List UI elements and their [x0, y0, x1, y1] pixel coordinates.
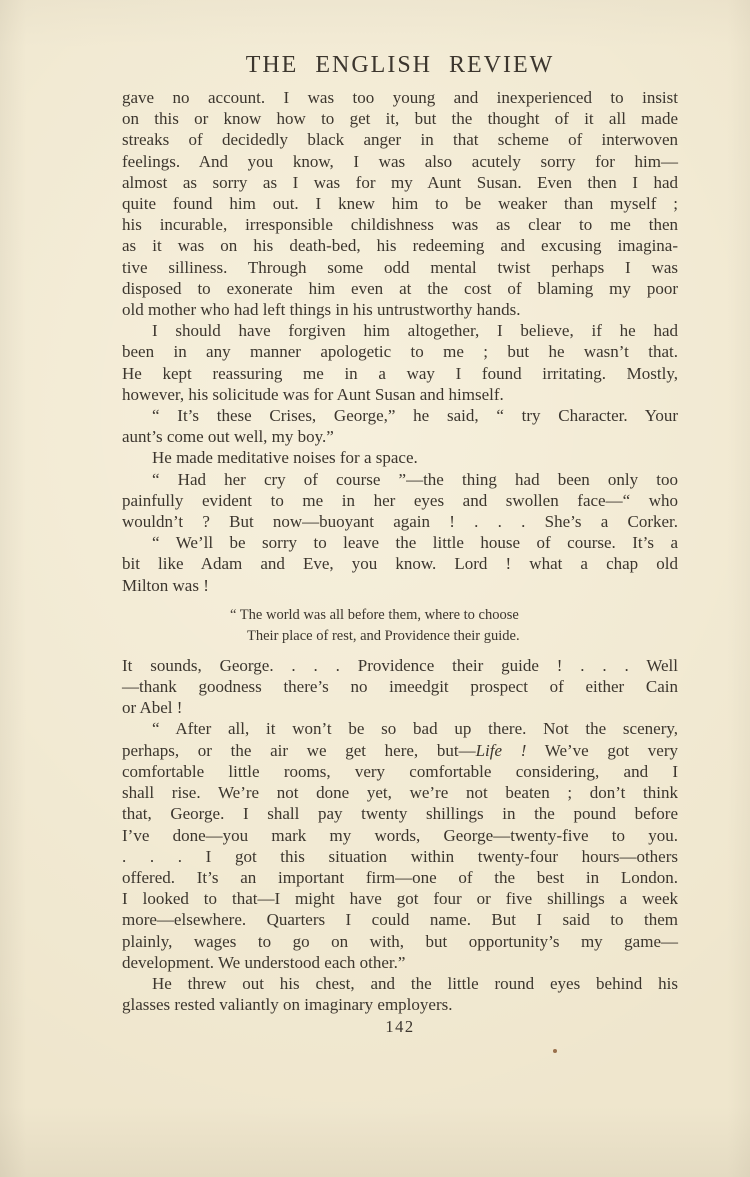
verse-line: Their place of rest, and Providence thei…: [230, 626, 678, 647]
text-line: It sounds, George. . . . Providence thei…: [122, 655, 678, 676]
text-line: offered. It’s an important firm—one of t…: [122, 867, 678, 888]
text-line: glasses rested valiantly on imaginary em…: [122, 994, 678, 1015]
paragraph: “ Had her cry of course ”—the thing had …: [122, 469, 678, 533]
body-text: gave no account. I was too young and ine…: [122, 87, 678, 1015]
text-line: comfortable little rooms, very comfortab…: [122, 761, 678, 782]
text-line: more—elsewhere. Quarters I could name. B…: [122, 909, 678, 930]
text-line: Milton was !: [122, 575, 678, 596]
text-line: He made meditative noises for a space.: [122, 447, 678, 468]
text-line: plainly, wages to go on with, but opport…: [122, 931, 678, 952]
text-line: streaks of decidedly black anger in that…: [122, 129, 678, 150]
ink-speck: [553, 1049, 557, 1053]
text-line: I looked to that—I might have got four o…: [122, 888, 678, 909]
text-line: aunt’s come out well, my boy.”: [122, 426, 678, 447]
verse-quote: “ The world was all before them, where t…: [230, 605, 678, 647]
text-line: old mother who had left things in his un…: [122, 299, 678, 320]
paragraph: “ After all, it won’t be so bad up there…: [122, 718, 678, 972]
text-line: . . . I got this situation within twenty…: [122, 846, 678, 867]
text-line: disposed to exonerate him even at the co…: [122, 278, 678, 299]
text-line: shall rise. We’re not done yet, we’re no…: [122, 782, 678, 803]
text-line: “ Had her cry of course ”—the thing had …: [122, 469, 678, 490]
text-line: He threw out his chest, and the little r…: [122, 973, 678, 994]
text-line: almost as sorry as I was for my Aunt Sus…: [122, 172, 678, 193]
text-line: perhaps, or the air we get here, but—Lif…: [122, 740, 678, 761]
paragraph: It sounds, George. . . . Providence thei…: [122, 655, 678, 719]
paragraph: I should have forgiven him altogether, I…: [122, 320, 678, 405]
scanned-book-page: THE ENGLISH REVIEW gave no account. I wa…: [0, 0, 750, 1177]
text-line: been in any manner apologetic to me ; bu…: [122, 341, 678, 362]
verse-line: “ The world was all before them, where t…: [230, 605, 678, 626]
text-line: or Abel !: [122, 697, 678, 718]
text-line: I should have forgiven him altogether, I…: [122, 320, 678, 341]
text-line: that, George. I shall pay twenty shillin…: [122, 803, 678, 824]
text-line: painfully evident to me in her eyes and …: [122, 490, 678, 511]
text-line: feelings. And you know, I was also acute…: [122, 151, 678, 172]
text-line: quite found him out. I knew him to be we…: [122, 193, 678, 214]
paragraph: “ It’s these Crises, George,” he said, “…: [122, 405, 678, 447]
paragraph: gave no account. I was too young and ine…: [122, 87, 678, 320]
text-line: however, his solicitude was for Aunt Sus…: [122, 384, 678, 405]
text-line: gave no account. I was too young and ine…: [122, 87, 678, 108]
text-line: He kept reassuring me in a way I found i…: [122, 363, 678, 384]
text-line: “ It’s these Crises, George,” he said, “…: [122, 405, 678, 426]
page-number: 142: [122, 1017, 678, 1037]
page-title: THE ENGLISH REVIEW: [122, 52, 678, 79]
text-line: —thank goodness there’s no imeedgit pros…: [122, 676, 678, 697]
paragraph: He threw out his chest, and the little r…: [122, 973, 678, 1015]
text-line: his incurable, irresponsible childishnes…: [122, 214, 678, 235]
text-line: wouldn’t ? But now—buoyant again ! . . .…: [122, 511, 678, 532]
text-line: bit like Adam and Eve, you know. Lord ! …: [122, 553, 678, 574]
paragraph: He made meditative noises for a space.: [122, 447, 678, 468]
text-line: “ We’ll be sorry to leave the little hou…: [122, 532, 678, 553]
text-line: on this or know how to get it, but the t…: [122, 108, 678, 129]
text-line: “ After all, it won’t be so bad up there…: [122, 718, 678, 739]
text-line: as it was on his death-bed, his redeemin…: [122, 235, 678, 256]
text-line: I’ve done—you mark my words, George—twen…: [122, 825, 678, 846]
paragraph: “ We’ll be sorry to leave the little hou…: [122, 532, 678, 596]
text-line: tive silliness. Through some odd mental …: [122, 257, 678, 278]
text-line: development. We understood each other.”: [122, 952, 678, 973]
